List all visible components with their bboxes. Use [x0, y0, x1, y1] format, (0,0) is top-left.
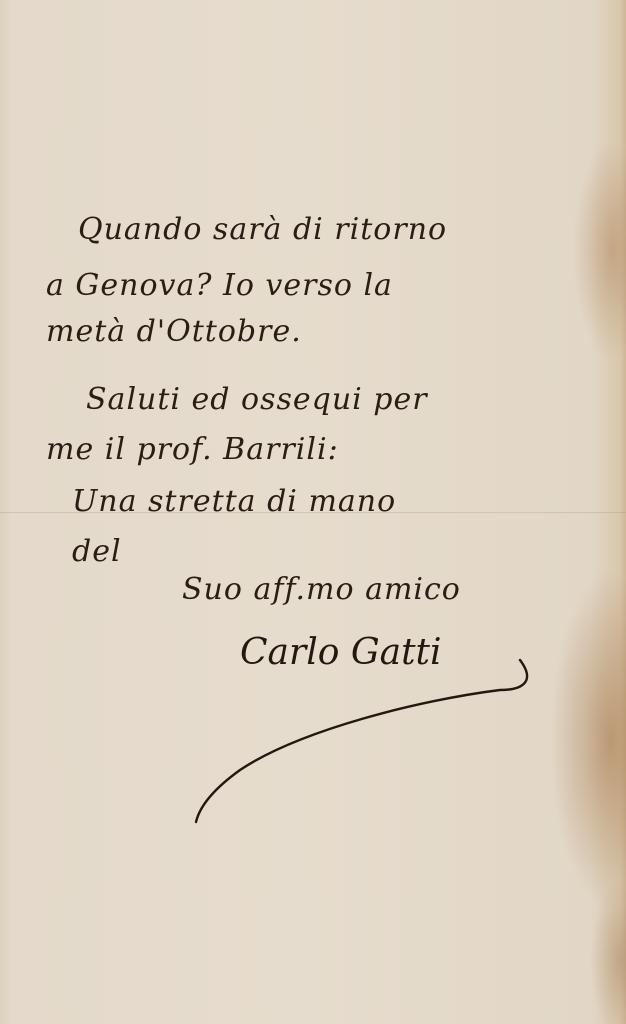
letter-page: Quando sarà di ritorno a Genova? Io vers…	[0, 0, 626, 1024]
signature-flourish	[0, 0, 626, 1024]
